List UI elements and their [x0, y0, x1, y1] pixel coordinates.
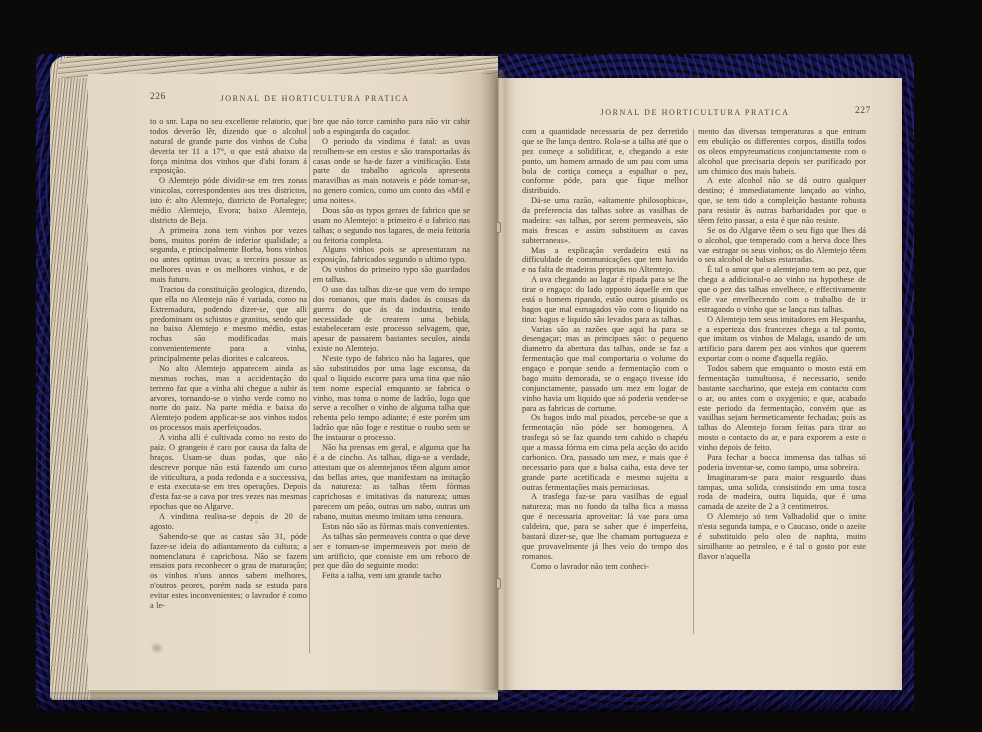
page-number-right: 227: [855, 106, 871, 116]
paragraph: Dá-se uma razão, «altamente philosophica…: [522, 196, 688, 245]
paragraph: Estas não são as fórmas mais conveniente…: [313, 522, 470, 532]
paragraph: mento das diversas temperaturas a que en…: [698, 127, 866, 176]
paragraph: O Alemtejo tem seus imitadores em Hespan…: [698, 315, 866, 364]
right-page-column-1: com a quantidade necessaria de pez derre…: [522, 127, 688, 642]
paragraph: Para fechar a bocca immensa das talhas s…: [698, 453, 866, 473]
paragraph: Feita a talha, vem um grande tacho: [313, 571, 470, 581]
paragraph: As talhas são permeaveis contra o que de…: [313, 532, 470, 572]
left-page-fore-edge: [50, 56, 90, 700]
paragraph: A primeira zona tem vinhos por vezes bon…: [150, 226, 307, 285]
running-title-left: JORNAL DE HORTICULTURA PRATICA: [170, 94, 460, 103]
paragraph: Se os do Algarve têem o seu figo que lhe…: [698, 226, 866, 266]
paragraph: O periodo da vindima é fatal: as uvas re…: [313, 137, 470, 206]
paragraph: Tractou da constituição geologica, dizen…: [150, 285, 307, 364]
paragraph: Imaginaram-se para maior resguardo duas …: [698, 473, 866, 513]
paragraph: Varias são as razões que aqui ha para se…: [522, 325, 688, 414]
paragraph: A uva chegando ao lagar é ripada para se…: [522, 275, 688, 324]
paragraph: É tal o amor que o alemtejano tem ao pez…: [698, 265, 866, 314]
paragraph: bre que não torce caminho para não vir c…: [313, 117, 470, 137]
paragraph: A vinha alli é cultivada como no resto d…: [150, 433, 307, 512]
right-page-column-2: mento das diversas temperaturas a que en…: [698, 127, 866, 647]
paragraph: O uso das talhas diz-se que vem do tempo…: [313, 285, 470, 354]
left-page-column-1: to o snr. Lapa no seu excellente relator…: [150, 117, 307, 657]
left-page-column-2: bre que não torce caminho para não vir c…: [313, 117, 470, 657]
paragraph: O Alemtejo só tem Valhadolid que o imite…: [698, 512, 866, 561]
paragraph: Dous são os typos geraes de fabrico que …: [313, 206, 470, 246]
paragraph: A trasfega faz-se para vasilhas de egual…: [522, 492, 688, 561]
cover-bottom-shadow: [36, 692, 914, 712]
paragraph: N'este typo de fabrico não ha lagares, q…: [313, 354, 470, 443]
paragraph: Como o lavrador não tem conheci-: [522, 562, 688, 572]
paragraph: com a quantidade necessaria de pez derre…: [522, 127, 688, 196]
column-rule: [693, 129, 694, 634]
paragraph: Não ha prensas em geral, e alguma que ha…: [313, 443, 470, 522]
paragraph: to o snr. Lapa no seu excellente relator…: [150, 117, 307, 176]
paragraph: Sabendo-se que as castas são 31, póde fa…: [150, 532, 307, 611]
paragraph: A vindima realisa-se depois de 20 de ago…: [150, 512, 307, 532]
paragraph: O Alemtejo póde dividir-se em tres zonas…: [150, 176, 307, 225]
page-number-left: 226: [150, 92, 166, 102]
binding-stitch: [496, 578, 501, 589]
paragraph: Os vinhos do primeiro typo são guardados…: [313, 265, 470, 285]
paragraph: Alguns vinhos pois se apresentaram na ex…: [313, 245, 470, 265]
paragraph: Os bagos indo mal pisados, percebe-se qu…: [522, 413, 688, 492]
book-gutter: [480, 70, 516, 692]
running-title-right: JORNAL DE HORTICULTURA PRATICA: [560, 108, 830, 117]
paragraph: A este alcohol não se dá outro qualquer …: [698, 176, 866, 225]
binding-stitch: [496, 222, 501, 233]
paragraph: Mas a explicação verdadeira está na diff…: [522, 246, 688, 276]
paragraph: No alto Alemtejo apparecem ainda as mesm…: [150, 364, 307, 433]
column-rule: [309, 119, 310, 653]
paragraph: Todos sabem que emquanto o mosto está em…: [698, 364, 866, 453]
